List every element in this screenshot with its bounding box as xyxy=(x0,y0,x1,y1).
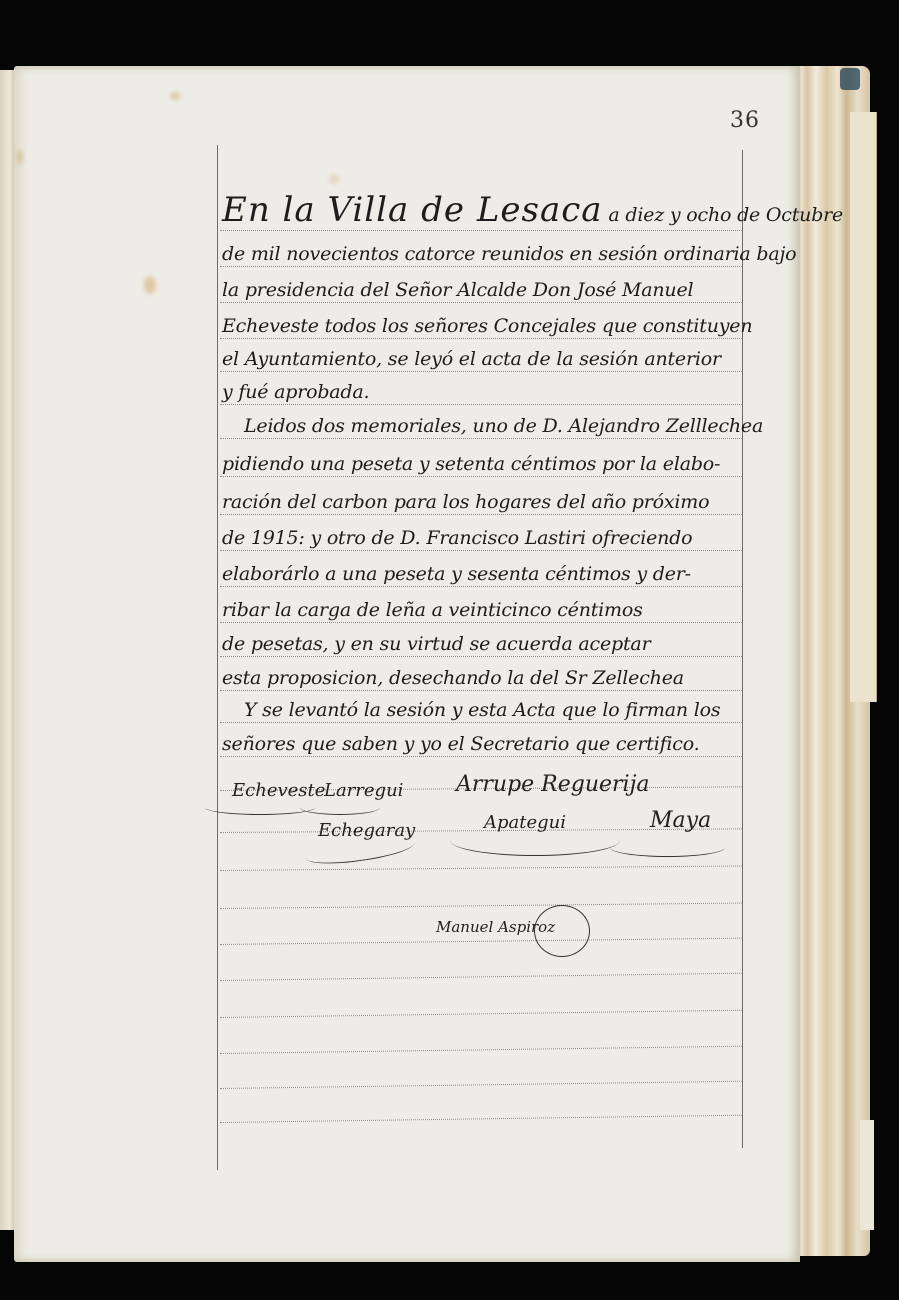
minutes-line: de 1915: y otro de D. Francisco Lastiri … xyxy=(222,527,692,549)
minutes-line: En la Villa de Lesaca a diez y ocho de O… xyxy=(222,190,843,230)
signature: Maya xyxy=(650,808,711,833)
foxing-stain xyxy=(170,92,180,100)
minutes-line: Y se levantó la sesión y esta Acta que l… xyxy=(222,699,720,721)
minutes-line: y fué aprobada. xyxy=(222,381,369,403)
date-text: a diez y ocho de Octubre xyxy=(603,204,844,226)
ruled-line xyxy=(220,656,742,657)
cover-corner xyxy=(840,68,860,90)
minutes-line: Leidos dos memoriales, uno de D. Alejand… xyxy=(222,415,763,437)
signature: Echeveste xyxy=(232,780,325,801)
loose-sheet-edge xyxy=(850,112,877,702)
minutes-line: pidiendo una peseta y setenta céntimos p… xyxy=(222,453,720,475)
minutes-line: elaborárlo a una peseta y sesenta céntim… xyxy=(222,563,691,585)
ruled-line xyxy=(220,476,742,477)
minutes-line: la presidencia del Señor Alcalde Don Jos… xyxy=(222,279,693,301)
signature: Larregui xyxy=(324,780,403,801)
book-photo: 36 En la Villa de Lesaca a diez y o xyxy=(0,0,899,1300)
loose-sheet-edge-bottom xyxy=(860,1120,874,1230)
ruled-line xyxy=(220,302,742,303)
ruled-line xyxy=(220,722,742,723)
ruled-line xyxy=(220,550,742,551)
signature: Arrupe Reguerija xyxy=(456,772,650,797)
minutes-line: Echeveste todos los señores Concejales q… xyxy=(222,315,752,337)
margin-line-right xyxy=(742,150,743,1148)
ruled-line xyxy=(220,438,742,439)
signature-flourish xyxy=(610,838,725,857)
minutes-line: de mil novecientos catorce reunidos en s… xyxy=(222,243,796,265)
margin-line-left xyxy=(217,145,218,1170)
ruled-line xyxy=(220,404,742,405)
minutes-line: esta proposicion, desechando la del Sr Z… xyxy=(222,667,684,689)
foxing-stain xyxy=(17,150,23,164)
minutes-line: señores que saben y yo el Secretario que… xyxy=(222,733,699,755)
page-number: 36 xyxy=(730,108,760,133)
ruled-line xyxy=(220,338,742,339)
ruled-line xyxy=(220,622,742,623)
signature-flourish xyxy=(450,825,620,856)
ruled-line xyxy=(220,514,742,515)
signature-flourish xyxy=(205,800,315,815)
heading-script: En la Villa de Lesaca xyxy=(222,190,603,230)
minutes-line: el Ayuntamiento, se leyó el acta de la s… xyxy=(222,348,721,370)
minutes-line: ración del carbon para los hogares del a… xyxy=(222,491,709,513)
foxing-stain xyxy=(144,276,156,294)
ruled-line xyxy=(220,756,742,757)
signature-flourish xyxy=(300,800,380,815)
rubric-loop xyxy=(534,905,590,957)
minutes-line: de pesetas, y en su virtud se acuerda ac… xyxy=(222,633,650,655)
ruled-line xyxy=(220,690,742,691)
foxing-stain xyxy=(329,174,339,184)
minutes-line: ribar la carga de leña a veinticinco cén… xyxy=(222,599,643,621)
ruled-line xyxy=(220,230,742,231)
ruled-line xyxy=(220,586,742,587)
ruled-line xyxy=(220,371,742,372)
ruled-line xyxy=(220,266,742,267)
